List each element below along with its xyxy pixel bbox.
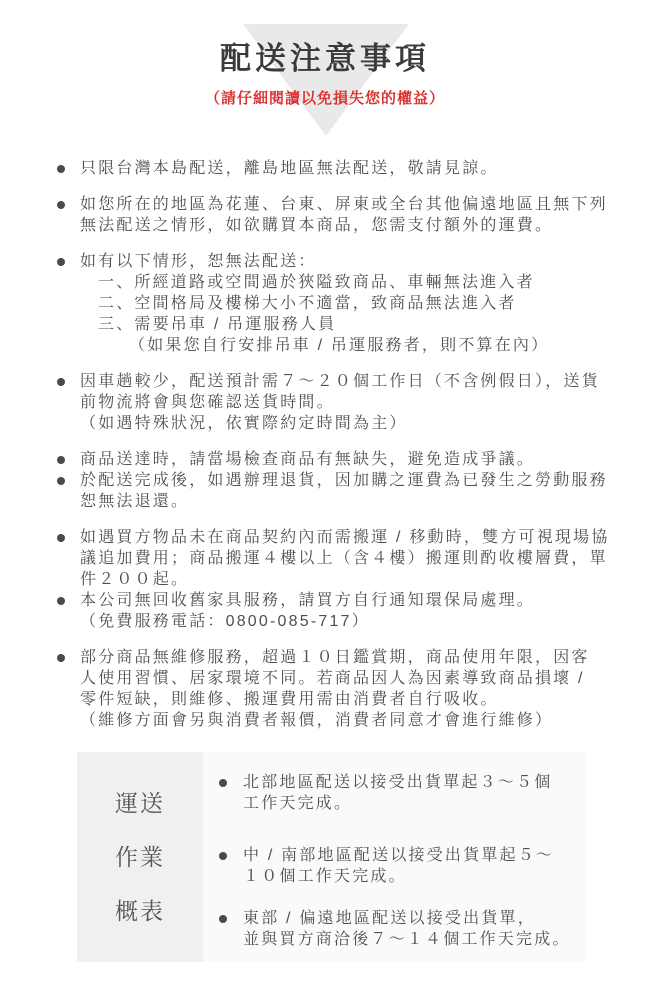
notice-item: 只限台灣本島配送，離島地區無法配送，敬請見諒。 [80, 158, 598, 179]
notice-item: 如遇買方物品未在商品契約內而需搬運 / 移動時，雙方可視現場協 議追加費用；商品… [80, 527, 598, 590]
table-item-line: 北部地區配送以接受出貨單起３～５個 [243, 772, 585, 793]
notice-item: 於配送完成後，如遇辦理退貨，因加購之運費為已發生之勞動服務 恕無法退還。 [80, 470, 598, 512]
page-title: 配送注意事項 [0, 42, 650, 76]
notice-line: 無法配送之情形，如欲購買本商品，您需支付額外的運費。 [80, 215, 598, 236]
notice-line: 二、空間格局及樓梯大小不適當，致商品無法進入者 [80, 293, 598, 314]
table-item-line: 工作天完成。 [243, 793, 585, 814]
table-items-cell: 北部地區配送以接受出貨單起３～５個 工作天完成。 中 / 南部地區配送以接受出貨… [203, 752, 585, 962]
table-item: 東部 / 偏遠地區配送以接受出貨單， 並與買方商洽後７～１４個工作天完成。 [203, 908, 585, 950]
notice-line: 三、需要吊車 / 吊運服務人員 [80, 314, 598, 335]
notice-line: 恕無法退還。 [80, 491, 598, 512]
notice-line: 因車趟較少，配送預計需７～２０個工作日（不含例假日），送貨 [80, 371, 598, 392]
notice-item: 商品送達時，請當場檢查商品有無缺失，避免造成爭議。 [80, 449, 598, 470]
notice-item: 因車趟較少，配送預計需７～２０個工作日（不含例假日），送貨 前物流將會與您確認送… [80, 371, 598, 434]
notice-line: 前物流將會與您確認送貨時間。 [80, 392, 598, 413]
notice-item: 如您所在的地區為花蓮、台東、屏東或全台其他偏遠地區且無下列 無法配送之情形，如欲… [80, 194, 598, 236]
table-item-line: １０個工作天完成。 [243, 866, 585, 887]
notice-line: 只限台灣本島配送，離島地區無法配送，敬請見諒。 [80, 158, 598, 179]
header: 配送注意事項 （請仔細閱讀以免損失您的權益） [0, 0, 650, 150]
notice-line: 零件短缺，則維修、搬運費用需由消費者自行吸收。 [80, 689, 598, 710]
notice-line: （如遇特殊狀況，依實際約定時間為主） [80, 413, 598, 434]
notice-item: 本公司無回收舊家具服務，請買方自行通知環保局處理。 （免費服務電話：0800-0… [80, 590, 598, 632]
notice-line: 人使用習慣、居家環境不同。若商品因人為因素導致商品損壞 / [80, 668, 598, 689]
notice-line: 本公司無回收舊家具服務，請買方自行通知環保局處理。 [80, 590, 598, 611]
notice-line: 一、所經道路或空間過於狹隘致商品、車輛無法進入者 [80, 272, 598, 293]
table-item-line: 東部 / 偏遠地區配送以接受出貨單， [243, 908, 585, 929]
notice-line: 商品送達時，請當場檢查商品有無缺失，避免造成爭議。 [80, 449, 598, 470]
notice-line: 如您所在的地區為花蓮、台東、屏東或全台其他偏遠地區且無下列 [80, 194, 598, 215]
table-label-cell: 運送 作業 概表 [77, 752, 203, 962]
notice-item: 部分商品無維修服務，超過１０日鑑賞期，商品使用年限，因客 人使用習慣、居家環境不… [80, 647, 598, 731]
notice-item: 如有以下情形，恕無法配送： 一、所經道路或空間過於狹隘致商品、車輛無法進入者 二… [80, 251, 598, 356]
notice-line: 如有以下情形，恕無法配送： [80, 251, 598, 272]
notice-line: 議追加費用；商品搬運４樓以上（含４樓）搬運則酌收樓層費，單 [80, 548, 598, 569]
notice-line: （如果您自行安排吊車 / 吊運服務者，則不算在內） [80, 335, 598, 356]
shipping-schedule-table: 運送 作業 概表 北部地區配送以接受出貨單起３～５個 工作天完成。 中 / 南部… [77, 752, 585, 962]
notice-line: 如遇買方物品未在商品契約內而需搬運 / 移動時，雙方可視現場協 [80, 527, 598, 548]
notice-line: （維修方面會另與消費者報價，消費者同意才會進行維修） [80, 710, 598, 731]
table-label-line: 概表 [115, 884, 165, 938]
table-item-line: 中 / 南部地區配送以接受出貨單起５～ [243, 845, 585, 866]
table-item: 北部地區配送以接受出貨單起３～５個 工作天完成。 [203, 772, 585, 814]
page-subtitle: （請仔細閱讀以免損失您的權益） [0, 90, 650, 108]
notice-line: 部分商品無維修服務，超過１０日鑑賞期，商品使用年限，因客 [80, 647, 598, 668]
notice-line: （免費服務電話：0800-085-717） [80, 611, 598, 632]
notice-list: 只限台灣本島配送，離島地區無法配送，敬請見諒。 如您所在的地區為花蓮、台東、屏東… [0, 150, 650, 731]
notice-line: 件２００起。 [80, 569, 598, 590]
notice-line: 於配送完成後，如遇辦理退貨，因加購之運費為已發生之勞動服務 [80, 470, 598, 491]
table-label-line: 運送 [115, 776, 165, 830]
table-label-line: 作業 [115, 830, 165, 884]
table-item-line: 並與買方商洽後７～１４個工作天完成。 [243, 929, 585, 950]
delivery-notice-page: 配送注意事項 （請仔細閱讀以免損失您的權益） 只限台灣本島配送，離島地區無法配送… [0, 0, 650, 1000]
table-item: 中 / 南部地區配送以接受出貨單起５～ １０個工作天完成。 [203, 845, 585, 887]
